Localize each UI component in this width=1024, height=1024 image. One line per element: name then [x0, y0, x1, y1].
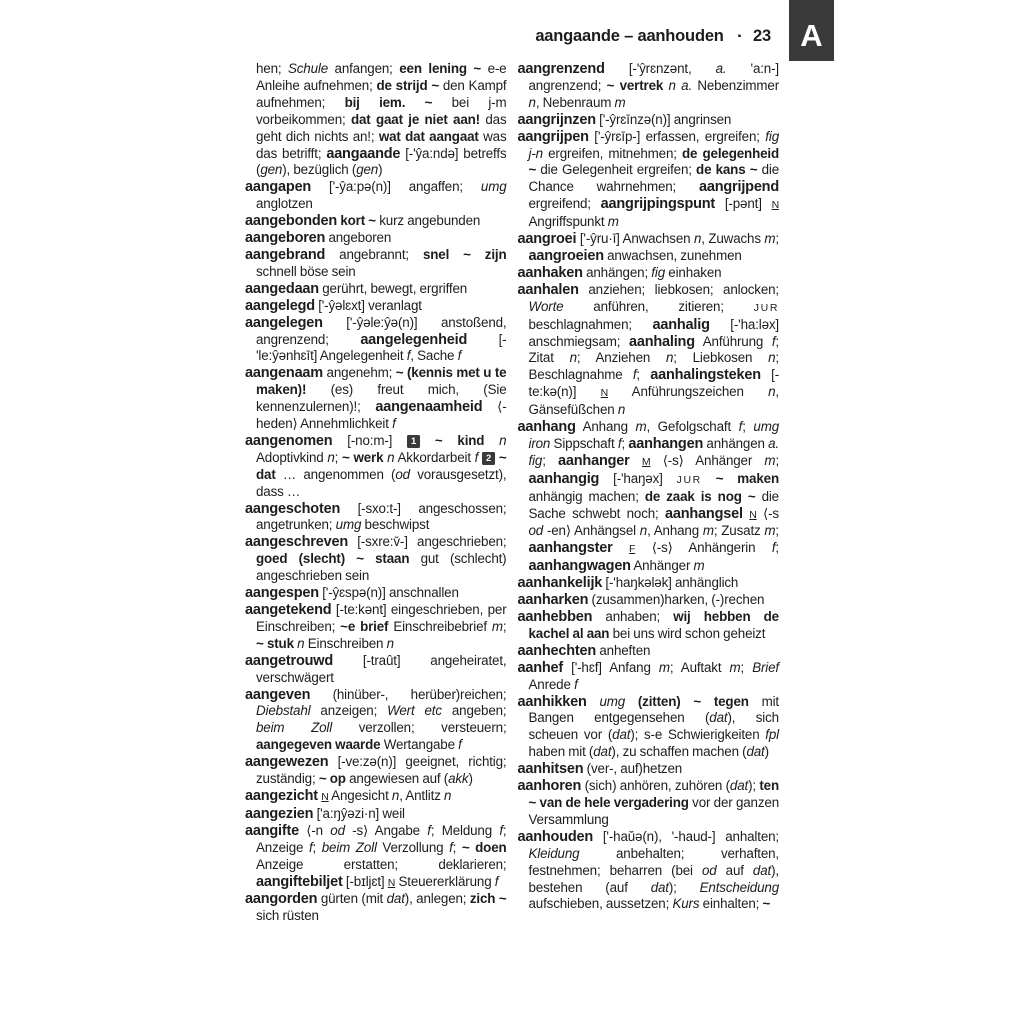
headword: aangapen	[245, 179, 311, 195]
bold-phrase: bij iem. ~	[345, 95, 433, 110]
headword: aangelegd	[245, 298, 315, 314]
italic-label: Kleidung	[529, 846, 580, 861]
dictionary-entry: aangezicht N Angesicht n, Antlitz n	[245, 788, 507, 806]
headword: aanhebben	[518, 609, 593, 625]
italic-label: n	[444, 788, 451, 803]
bold-phrase: een lening ~	[399, 61, 481, 76]
italic-label: n	[499, 433, 506, 448]
gender-marker: N	[749, 509, 756, 521]
dictionary-entry: aangrijnzen ['-ŷrɛīnzə(n)] angrinsen	[518, 112, 780, 129]
headword: aanhang	[518, 419, 576, 435]
dictionary-entry: aanhebben anhaben; wij hebben de kachel …	[518, 609, 780, 643]
headword: aangeschoten	[245, 501, 340, 517]
headword: aangenomen	[245, 433, 332, 449]
sense-number-badge: 2	[482, 452, 495, 465]
headword: aanhalen	[518, 282, 579, 298]
headword: aanhaken	[518, 265, 583, 281]
dictionary-entry: aangedaan gerührt, bewegt, ergriffen	[245, 281, 507, 298]
headword: aangezicht	[245, 788, 318, 804]
italic-label: n	[392, 788, 399, 803]
dictionary-entry: aangetekend [-te:kənt] eingeschrieben, p…	[245, 602, 507, 653]
bold-phrase: dat gaat je niet aan!	[351, 112, 480, 127]
dictionary-entry: aangeven (hinüber-, herüber)reichen; Die…	[245, 687, 507, 755]
italic-label: m	[635, 419, 646, 434]
italic-label: m	[764, 231, 775, 246]
dictionary-entry: aangelegen ['-ŷəle:ŷə(n)] anstoßend, ang…	[245, 315, 507, 366]
dictionary-entry: aangezien ['a:ŋŷəzi·n] weil	[245, 806, 507, 823]
headword: aangetekend	[245, 602, 331, 618]
bold-phrase: kort ~	[340, 213, 376, 228]
field-label: JUR	[754, 302, 779, 314]
headword: aanhouden	[518, 829, 594, 845]
headword: aangewezen	[245, 754, 328, 770]
italic-label: n	[640, 523, 647, 538]
italic-label: dat	[612, 727, 630, 742]
italic-label: m	[764, 523, 775, 538]
dictionary-entry: aanhankelijk [-'haŋkələk] anhänglich	[518, 575, 780, 592]
italic-label: m	[659, 660, 670, 675]
bold-phrase: ~ kind	[435, 433, 484, 448]
italic-label: f	[574, 677, 578, 692]
bold-phrase: zich ~	[470, 891, 507, 906]
dictionary-entry: aangeboren angeboren	[245, 230, 507, 247]
dictionary-entry: aanhalen anziehen; liebkosen; anlocken; …	[518, 282, 780, 419]
italic-label: n	[618, 402, 625, 417]
dictionary-entry: aangeschoten [-sxo:t-] angeschossen; ang…	[245, 501, 507, 535]
headword: aangorden	[245, 891, 317, 907]
headword: aangedaan	[245, 281, 319, 297]
bullet-separator-icon: ▪	[738, 31, 741, 42]
italic-label: Diebstahl	[256, 703, 310, 718]
italic-label: dat	[651, 880, 669, 895]
bold-phrase: ~ werk	[342, 450, 383, 465]
headword: aanhankelijk	[518, 575, 603, 591]
guide-words: aangaande – aanhouden	[535, 27, 723, 45]
bold-phrase: de zaak is nog ~	[645, 489, 756, 504]
italic-label: Wert etc	[387, 703, 442, 718]
headword: aanhangen	[628, 436, 703, 452]
headword: aangroeien	[529, 248, 604, 264]
headword: aanhangster	[529, 540, 613, 556]
bold-phrase: ~ stuk	[256, 636, 294, 651]
italic-label: umg	[599, 694, 625, 709]
bold-phrase: ~ vertrek	[607, 78, 664, 93]
bold-phrase: ~e brief	[340, 619, 388, 634]
headword: aangebrand	[245, 247, 325, 263]
italic-label: n	[297, 636, 304, 651]
italic-label: Entscheidung	[700, 880, 779, 895]
italic-label: m	[730, 660, 741, 675]
headword: aangelegenheid	[360, 332, 467, 348]
italic-label: f	[495, 874, 499, 889]
headword: aangroei	[518, 231, 577, 247]
italic-label: m	[694, 558, 705, 573]
page-number: 23	[753, 27, 771, 45]
italic-label: m	[492, 619, 503, 634]
italic-label: Kurs	[672, 896, 699, 911]
dictionary-entry: aanhouden ['-haŭə(n), '-haud-] anhalten;…	[518, 829, 780, 914]
headword: aangaande	[326, 146, 400, 162]
headword: aangenaam	[245, 365, 323, 381]
italic-label: od	[330, 823, 345, 838]
italic-label: n	[387, 636, 394, 651]
italic-label: akk	[448, 771, 468, 786]
italic-label: umg	[336, 517, 362, 532]
headword: aangifte	[245, 823, 299, 839]
headword: aanhaling	[629, 334, 695, 350]
italic-label: n	[529, 95, 536, 110]
italic-label: f	[407, 348, 411, 363]
headword: aanhikken	[518, 694, 587, 710]
dictionary-entry: aangebonden kort ~ kurz angebunden	[245, 213, 507, 230]
italic-label: dat	[709, 710, 727, 725]
gender-marker: F	[629, 543, 635, 555]
bold-phrase: ~ op	[319, 771, 346, 786]
italic-label: f	[449, 840, 453, 855]
headword: aangespen	[245, 585, 319, 601]
italic-label: n	[387, 450, 394, 465]
italic-label: n	[694, 231, 701, 246]
dictionary-entry: aangifte ⟨-n od -s⟩ Angabe f; Meldung f;…	[245, 823, 507, 892]
dictionary-entry: aangeschreven [-sxre:v̆-] angeschrieben;…	[245, 534, 507, 585]
headword: aanhanger	[558, 453, 630, 469]
bold-phrase: (zitten) ~ tegen	[638, 694, 749, 709]
italic-label: fig	[651, 265, 665, 280]
italic-label: n	[327, 450, 334, 465]
headword: aanhitsen	[518, 761, 584, 777]
italic-label: n	[669, 78, 676, 93]
italic-label: m	[615, 95, 626, 110]
dictionary-entry: aanhoren (sich) anhören, zuhören (dat); …	[518, 778, 780, 829]
headword: aangrenzend	[518, 61, 605, 77]
italic-label: beim Zoll	[322, 840, 377, 855]
headword: aangelegen	[245, 315, 323, 331]
headword: aanharken	[518, 592, 589, 608]
headword: aanhalingsteken	[650, 367, 761, 383]
dictionary-entry: aangorden gürten (mit dat), anlegen; zic…	[245, 891, 507, 925]
headword: aangezien	[245, 806, 313, 822]
italic-label: m	[703, 523, 714, 538]
gender-marker: N	[388, 877, 395, 889]
dictionary-entry: hen; Schule anfangen; een lening ~ e-e A…	[245, 61, 507, 179]
bold-phrase: ~ doen	[462, 840, 507, 855]
headword: aanhangig	[529, 471, 600, 487]
italic-label: gen	[356, 162, 378, 177]
dictionary-entry: aangespen ['-ŷɛspə(n)] anschnallen	[245, 585, 507, 602]
dictionary-entry: aangroei ['-ŷru·ī] Anwachsen n, Zuwachs …	[518, 231, 780, 265]
headword: aanhalig	[653, 317, 710, 333]
italic-label: dat	[730, 778, 748, 793]
page-header: aangaande – aanhouden▪23	[245, 27, 771, 46]
dictionary-entry: aangetrouwd [-traût] angeheiratet, versc…	[245, 653, 507, 687]
gender-marker: M	[642, 456, 651, 468]
bold-phrase: wat dat aangaat	[379, 129, 479, 144]
text-columns: hen; Schule anfangen; een lening ~ e-e A…	[245, 61, 779, 925]
italic-label: dat	[753, 863, 771, 878]
bold-phrase: de strijd ~	[377, 78, 440, 93]
italic-label: gen	[260, 162, 282, 177]
bold-phrase: goed (slecht) ~ staan	[256, 551, 409, 566]
italic-label: f	[309, 840, 313, 855]
bold-phrase: ~	[763, 896, 771, 911]
headword: aangetrouwd	[245, 653, 333, 669]
italic-label: n	[666, 350, 673, 365]
headword: aangeboren	[245, 230, 325, 246]
italic-label: f	[499, 823, 503, 838]
gender-marker: N	[772, 199, 779, 211]
italic-label: Schule	[288, 61, 328, 76]
italic-label: dat	[387, 891, 405, 906]
italic-label: umg	[481, 179, 507, 194]
dictionary-entry: aangewezen [-ve:zə(n)] geeignet, richtig…	[245, 754, 507, 788]
italic-label: f	[772, 540, 776, 555]
italic-label: m	[608, 214, 619, 229]
italic-label: f	[392, 416, 396, 431]
dictionary-entry: aangebrand angebrannt; snel ~ zijn schne…	[245, 247, 507, 281]
dictionary-entry: aangrijpen ['-ŷrɛīp-] erfassen, ergreife…	[518, 129, 780, 231]
dictionary-entry: aanhang Anhang m, Gefolgschaft f; umg ir…	[518, 419, 780, 575]
dictionary-entry: aangrenzend [-'ŷrɛnzənt, a. 'a:n-] angre…	[518, 61, 780, 112]
bold-phrase: aangegeven waarde	[256, 737, 380, 752]
italic-label: a.	[681, 78, 692, 93]
dictionary-entry: aangapen ['-ŷa:pə(n)] angaffen; umg angl…	[245, 179, 507, 213]
sense-number-badge: 1	[407, 435, 420, 448]
italic-label: n	[768, 350, 775, 365]
dictionary-entry: aanhef ['-hɛf] Anfang m; Auftakt m; Brie…	[518, 660, 780, 694]
italic-label: f	[427, 823, 431, 838]
italic-label: od	[529, 523, 544, 538]
italic-label: f	[633, 367, 637, 382]
headword: aangrijpen	[518, 129, 589, 145]
headword: aangrijpingspunt	[601, 196, 715, 212]
italic-label: Worte	[529, 299, 564, 314]
headword: aangebonden	[245, 213, 337, 229]
headword: aanhef	[518, 660, 564, 676]
headword: aangrijpend	[699, 179, 779, 195]
italic-label: od	[395, 467, 410, 482]
italic-label: f	[458, 348, 462, 363]
italic-label: f	[458, 737, 462, 752]
italic-label: m	[764, 453, 775, 468]
dictionary-entry: aanhitsen (ver-, auf)hetzen	[518, 761, 780, 778]
dictionary-entry: aangenaam angenehm; ~ (kennis met u te m…	[245, 365, 507, 433]
italic-label: Brief	[752, 660, 779, 675]
headword: aangeven	[245, 687, 310, 703]
headword: aanhechten	[518, 643, 597, 659]
italic-label: f	[618, 436, 622, 451]
italic-label: a.	[716, 61, 727, 76]
headword: aanhangsel	[665, 506, 743, 522]
right-column: aangrenzend [-'ŷrɛnzənt, a. 'a:n-] angre…	[518, 61, 780, 913]
dictionary-entry: aangenomen [-no:m-] 1 ~ kind n Adoptivki…	[245, 433, 507, 501]
italic-label: n	[570, 350, 577, 365]
dictionary-entry: aanhechten anheften	[518, 643, 780, 660]
left-column: hen; Schule anfangen; een lening ~ e-e A…	[245, 61, 507, 925]
dictionary-entry: aangelegd ['-ŷəlɛxt] veranlagt	[245, 298, 507, 315]
gender-marker: N	[601, 387, 608, 399]
italic-label: n	[768, 384, 775, 399]
italic-label: dat	[593, 744, 611, 759]
italic-label: f	[772, 334, 776, 349]
dictionary-entry: aanhikken umg (zitten) ~ tegen mit Bange…	[518, 694, 780, 762]
field-label: JUR	[677, 474, 702, 486]
bold-phrase: ~ maken	[716, 471, 779, 486]
italic-label: f	[475, 450, 479, 465]
headword: aangenaamheid	[375, 399, 482, 415]
dictionary-entry: aanharken (zusammen)harken, (-)rechen	[518, 592, 780, 609]
headword: aanhoren	[518, 778, 582, 794]
italic-label: fpl	[765, 727, 779, 742]
dictionary-entry: aanhaken anhängen; fig einhaken	[518, 265, 780, 282]
italic-label: beim Zoll	[256, 720, 332, 735]
headword: aanhangwagen	[529, 558, 631, 574]
italic-label: dat	[746, 744, 764, 759]
gender-marker: N	[321, 791, 328, 803]
bold-phrase: de kans ~	[696, 162, 757, 177]
headword: aangrijnzen	[518, 112, 596, 128]
bold-phrase: snel ~ zijn	[423, 247, 507, 262]
letter-tab: A	[789, 0, 834, 61]
italic-label: od	[702, 863, 717, 878]
headword: aangiftebiljet	[256, 874, 343, 890]
headword: aangeschreven	[245, 534, 348, 550]
italic-label: f	[739, 419, 743, 434]
dictionary-page: aangaande – aanhouden▪23 A hen; Schule a…	[0, 0, 1024, 1024]
